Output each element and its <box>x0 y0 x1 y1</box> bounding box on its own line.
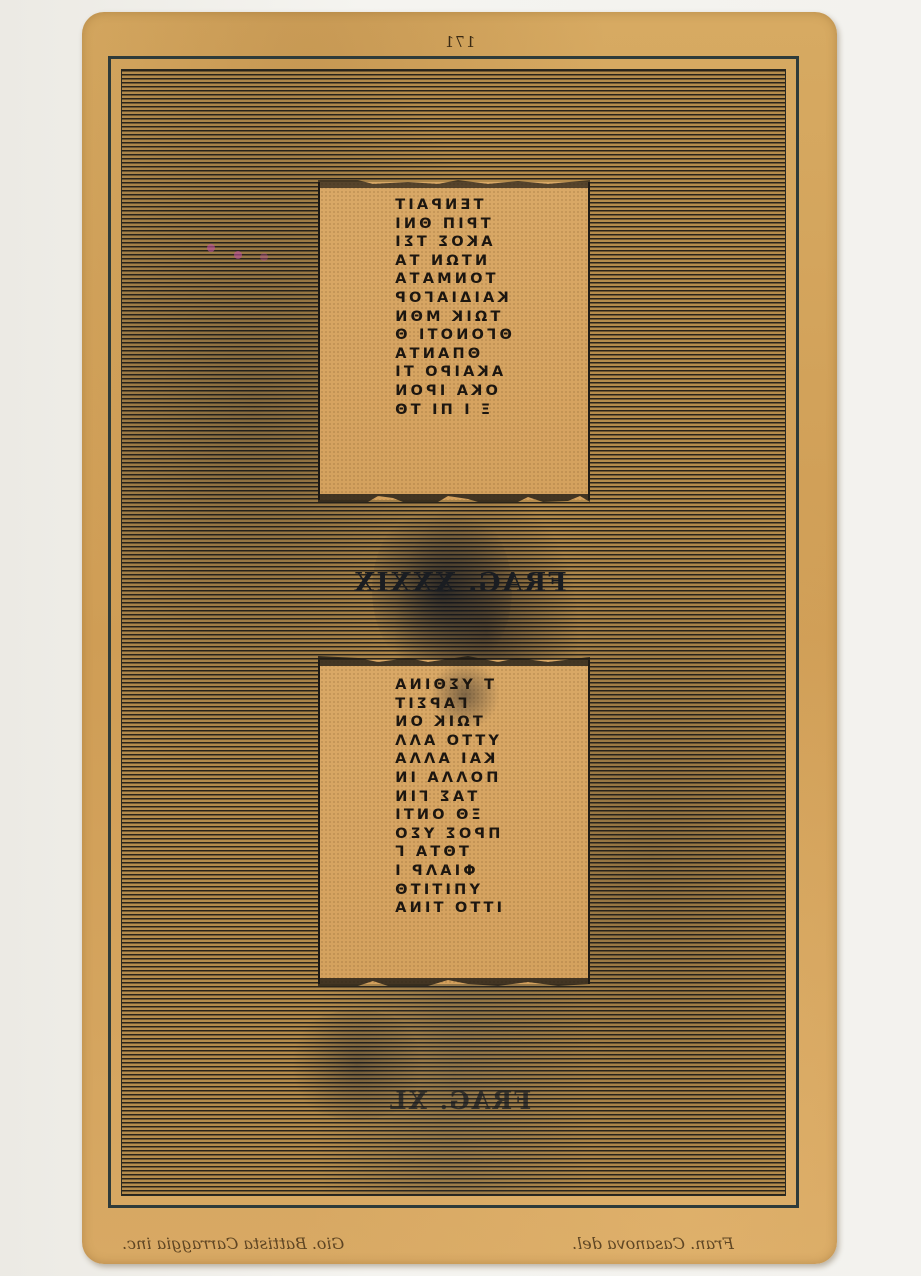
greek-line: Τ ΥΣΘΙΝΑ <box>392 676 548 695</box>
greek-line: ΤΘΤΑ Γ <box>392 843 548 862</box>
greek-line: ΠΡΟΣ ΥΣΟ <box>392 825 548 844</box>
greek-line: ΤΩΙΚ ΟΝ <box>392 713 548 732</box>
greek-line: ΑΚΑΙΡΟ ΤΙ <box>392 363 548 382</box>
draftsman-signature: Fran. Casanova del. <box>572 1234 734 1253</box>
greek-line: ΤΩΙΚ ΜΘΝ <box>392 308 548 327</box>
greek-line: ΙΤΤΟ ΤΙΝΑ <box>392 899 548 918</box>
greek-text-block: ΤΕΝΡΑΙΤ ΤΡΙΠ ΘΝΙ ΑΚΟΣ ΤΣΙ ΝΤΩΝ ΤΑ ΤΟΝΜΑΤ… <box>320 196 588 419</box>
greek-text-block: Τ ΥΣΘΙΝΑ ΓΑΡΣΙΤ ΤΩΙΚ ΟΝ ΥΤΤΟ ΑΛΛ ΚΑΙ ΑΛΛ… <box>320 676 588 918</box>
engraver-signature: Gio. Battista Carraggia inc. <box>122 1234 344 1253</box>
pink-mark <box>234 251 242 259</box>
pink-mark <box>207 244 215 252</box>
greek-line: ΝΤΩΝ ΤΑ <box>392 252 548 271</box>
torn-edge-bottom <box>318 494 590 506</box>
greek-line: ΤΕΝΡΑΙΤ <box>392 196 548 215</box>
greek-line: ΘΓΟΝΟΤΙ Θ <box>392 326 548 345</box>
fragment-label-39: FRAG. XXXIX <box>82 568 837 598</box>
greek-line: ΟΚΑ ΙΡΟΝ <box>392 382 548 401</box>
greek-line: ΚΑΙΔΙΑΓΟΡ <box>392 289 548 308</box>
greek-line: ΥΠΙΤΙΤΘ <box>392 881 548 900</box>
copper-printing-plate: 171 ΤΕΝΡΑΙΤ ΤΡΙΠ ΘΝΙ ΑΚΟΣ ΤΣΙ ΝΤΩΝ ΤΑ ΤΟ… <box>82 12 837 1264</box>
greek-line: ΠΟΛΛΑ ΙΝ <box>392 769 548 788</box>
greek-line: ΤΟΝΜΑΤΑ <box>392 270 548 289</box>
plate-number: 171 <box>82 33 837 51</box>
greek-line: ΞΘ ΟΝΤΙ <box>392 806 548 825</box>
papyrus-fragment-39: ΤΕΝΡΑΙΤ ΤΡΙΠ ΘΝΙ ΑΚΟΣ ΤΣΙ ΝΤΩΝ ΤΑ ΤΟΝΜΑΤ… <box>318 182 590 500</box>
torn-edge-top <box>318 176 590 188</box>
papyrus-fragment-40: Τ ΥΣΘΙΝΑ ΓΑΡΣΙΤ ΤΩΙΚ ΟΝ ΥΤΤΟ ΑΛΛ ΚΑΙ ΑΛΛ… <box>318 660 590 984</box>
greek-line: ΥΤΤΟ ΑΛΛ <box>392 732 548 751</box>
greek-line: ΦΙΑΛΡ Ι <box>392 862 548 881</box>
pink-mark <box>260 253 268 261</box>
greek-line: ΚΑΙ ΑΛΛΑ <box>392 750 548 769</box>
greek-line: ΘΠΑΝΤΑ <box>392 345 548 364</box>
torn-edge-bottom <box>318 978 590 990</box>
greek-line: ΓΑΡΣΙΤ <box>392 695 548 714</box>
greek-line: ΑΚΟΣ ΤΣΙ <box>392 233 548 252</box>
greek-line: ΤΑΣ ΓΙΝ <box>392 788 548 807</box>
fragment-label-40: FRAG. XL <box>82 1086 837 1115</box>
greek-line: ΤΡΙΠ ΘΝΙ <box>392 215 548 234</box>
greek-line: Ξ Ι ΠΙ ΤΘ <box>392 401 548 420</box>
